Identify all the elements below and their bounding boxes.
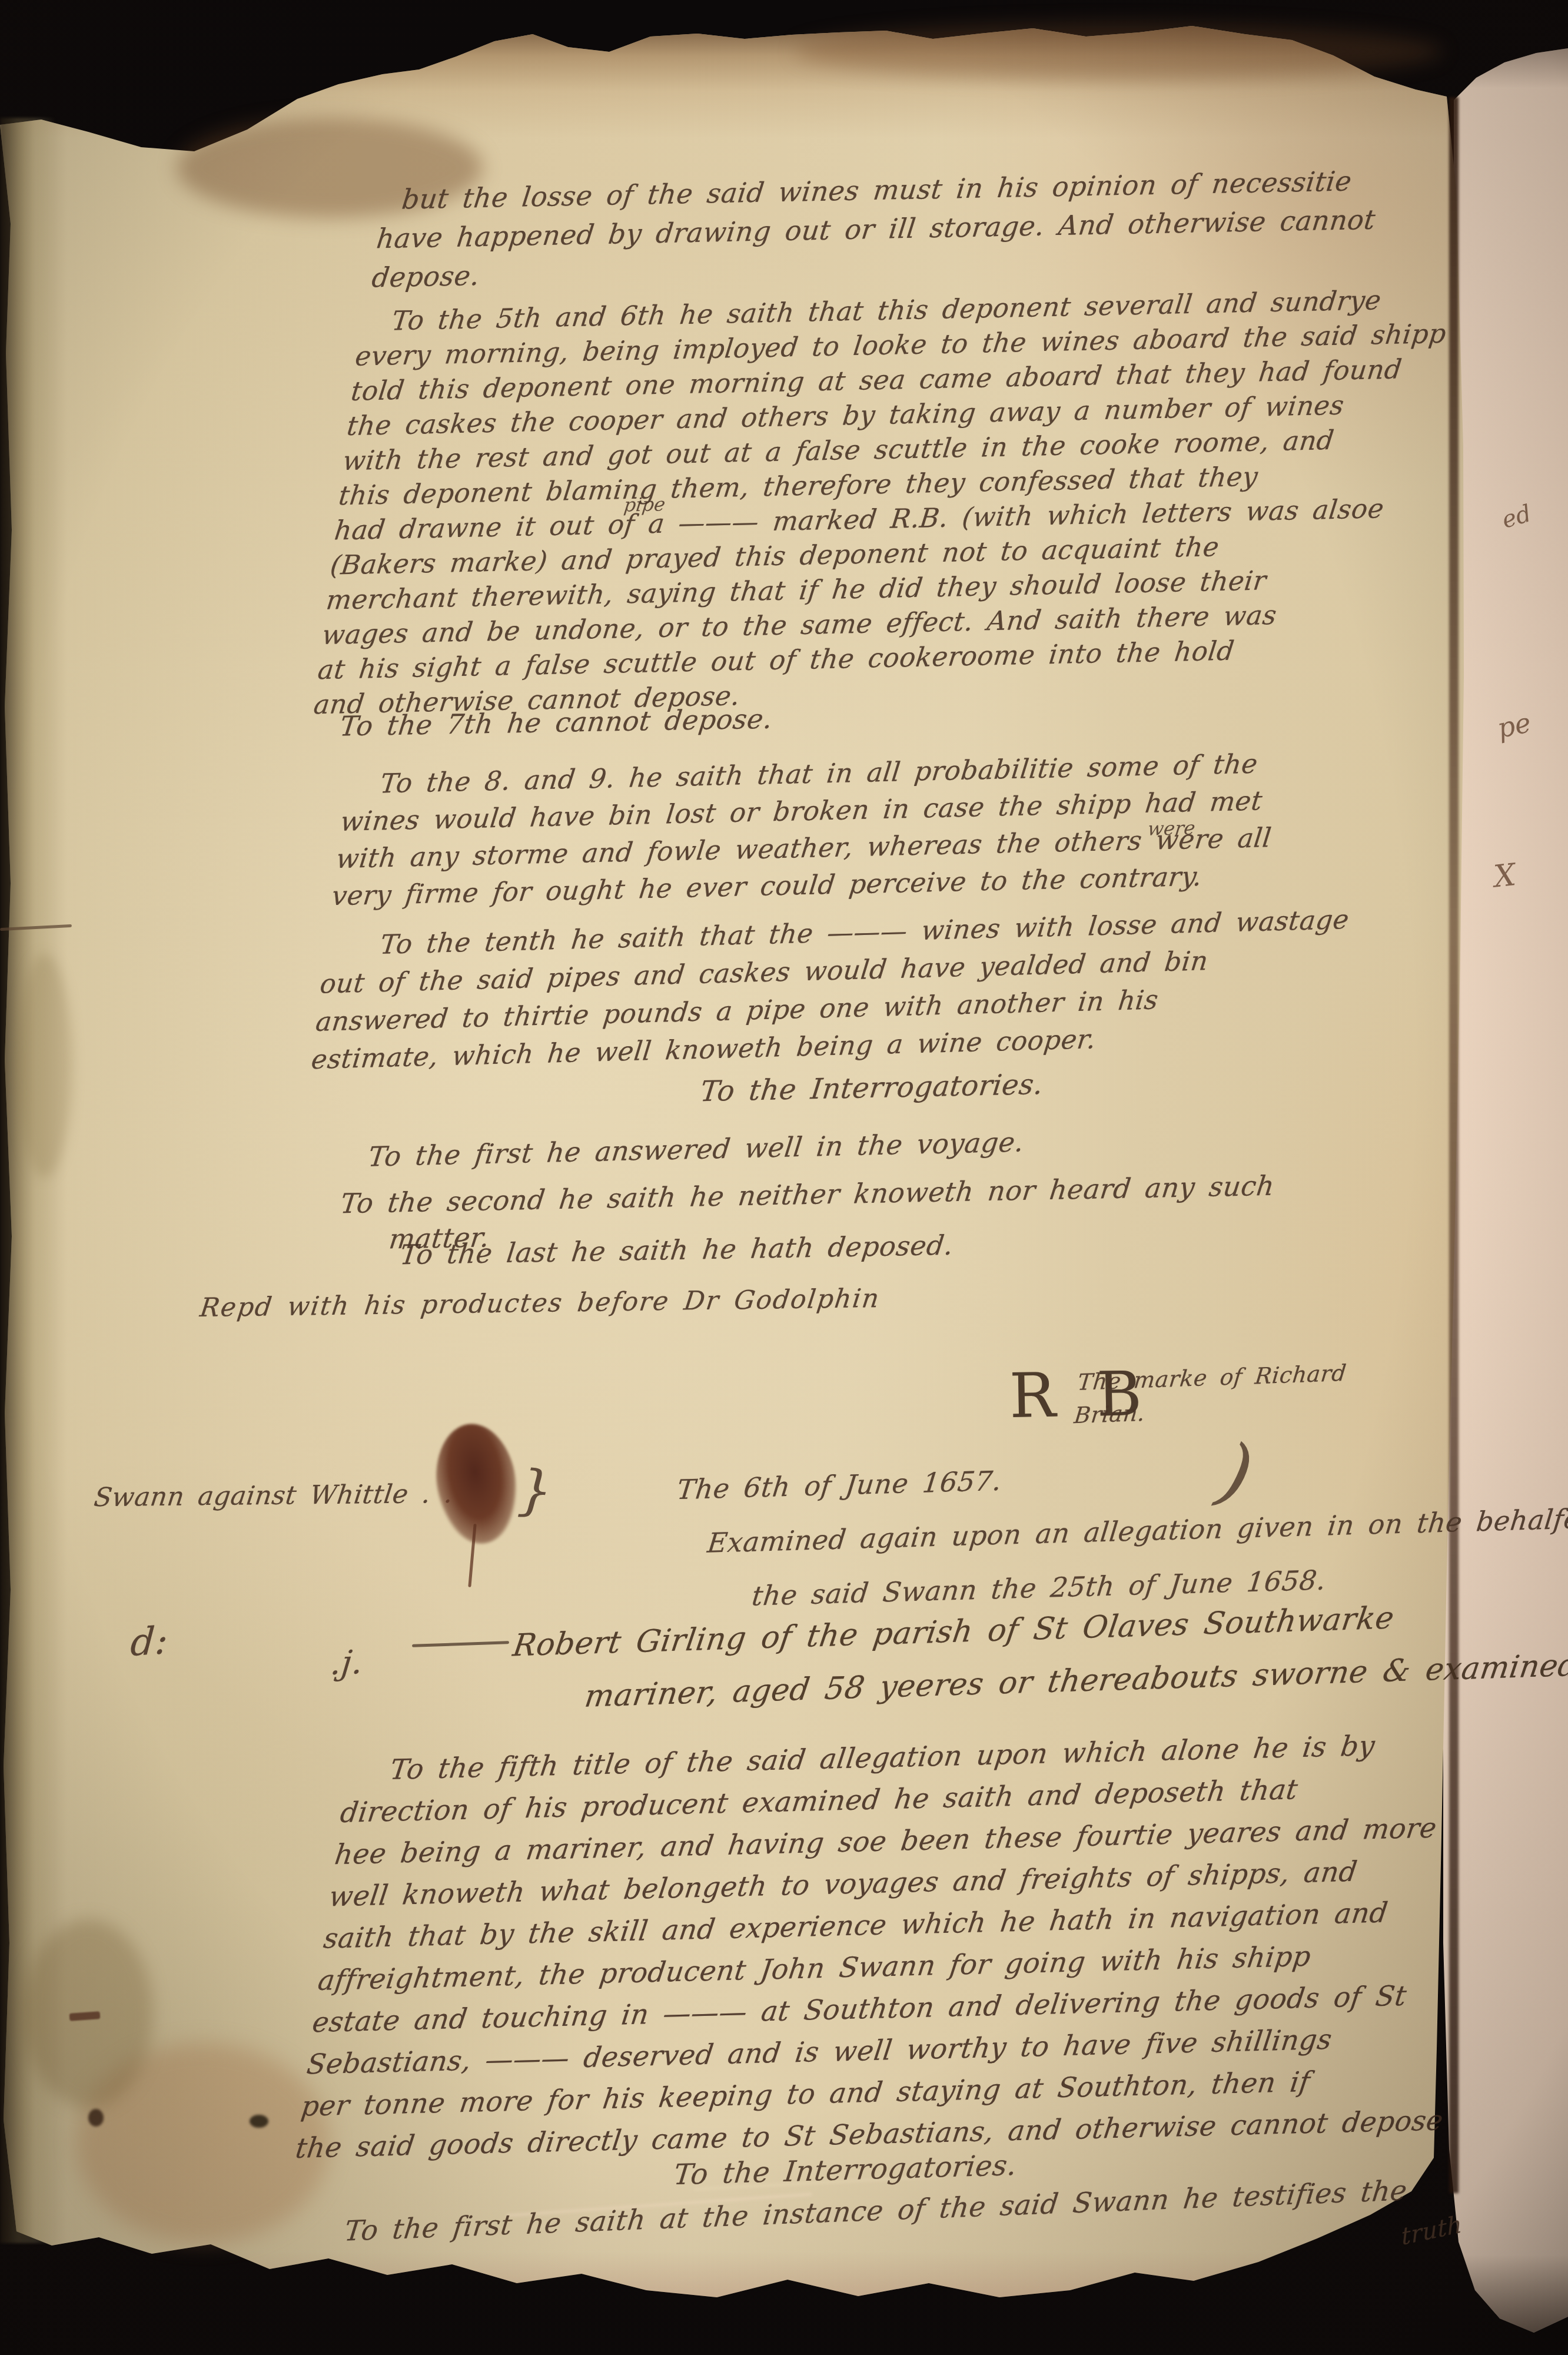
paragraph-article-10: To the tenth he saith that the ——— wines… (310, 901, 1351, 1079)
mark-caption: The marke of Richard Brian. (1072, 1356, 1348, 1432)
paragraph-opening: but the losse of the said wines must in … (370, 161, 1383, 297)
paragraph-articles-8-9: To the 8. and 9. he saith that in all pr… (330, 745, 1282, 915)
catchword: truth (1401, 2211, 1463, 2251)
margin-mark-j: .j. (329, 1643, 365, 1683)
page-deckle-edge (0, 118, 56, 2243)
margin-mark-d: d: (129, 1619, 170, 1666)
interlined-word: pipe (623, 493, 667, 516)
paragraph-articles-5-6: To the 5th and 6th he saith that this de… (312, 281, 1452, 722)
paragraph-fifth-title: To the fifth title of the said allegatio… (293, 1722, 1496, 2170)
manuscript-photo: but the losse of the said wines must in … (0, 0, 1568, 2355)
margin-case-title: Swann against Whittle . . (92, 1479, 455, 1512)
margin-bracket: } (516, 1458, 554, 1523)
interlined-word: were (1147, 817, 1197, 840)
next-page-writing-fragment: X (1492, 857, 1517, 895)
next-page-writing-fragment: pe (1494, 706, 1534, 745)
